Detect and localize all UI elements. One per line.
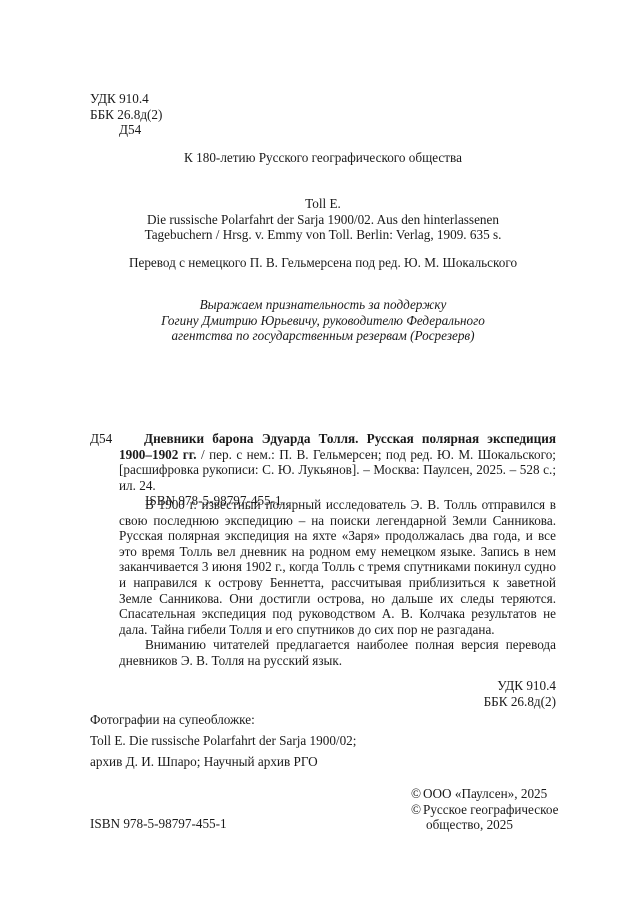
acknowledgement: Выражаем признательность за поддержку Го…: [90, 297, 556, 344]
author-mark: Д54: [90, 122, 162, 138]
udk-code: УДК 910.4: [90, 91, 162, 107]
classification-codes: УДК 910.4 ББК 26.8д(2) Д54: [90, 91, 162, 138]
annotation-paragraph-1: В 1900 г. известный полярный исследовате…: [119, 497, 556, 637]
copyright-icon: ©: [411, 802, 423, 818]
translation-note: Перевод с немецкого П. В. Гельмерсена по…: [90, 255, 556, 271]
original-title-line-1: Die russische Polarfahrt der Sarja 1900/…: [90, 212, 556, 228]
copyright-line-1: ©ООО «Паулсен», 2025: [411, 786, 558, 802]
isbn: ISBN 978-5-98797-455-1: [90, 816, 227, 832]
dedication: К 180-летию Русского географического общ…: [90, 150, 556, 166]
photo-credits-heading: Фотографии на супеобложке:: [90, 709, 356, 730]
copyright-line-2: ©Русское географическое: [411, 802, 558, 818]
copyright-icon: ©: [411, 786, 423, 802]
photo-credits-line-2: архив Д. И. Шпаро; Научный архив РГО: [90, 751, 356, 772]
acknowledgement-line-3: агентства по государственным резервам (Р…: [90, 328, 556, 344]
original-title-line-2: Tagebuchern / Hrsg. v. Emmy von Toll. Be…: [90, 227, 556, 243]
copyright-holder-2-cont: общество, 2025: [411, 817, 558, 833]
classification-codes-right: УДК 910.4 ББК 26.8д(2): [484, 678, 556, 709]
copyright-block: ©ООО «Паулсен», 2025 ©Русское географиче…: [411, 786, 558, 833]
original-author: Toll E.: [90, 196, 556, 212]
acknowledgement-line-2: Гогину Дмитрию Юрьевичу, руководителю Фе…: [90, 313, 556, 329]
bib-author-mark: Д54: [90, 431, 112, 447]
original-edition: Toll E. Die russische Polarfahrt der Sar…: [90, 196, 556, 243]
photo-credits: Фотографии на супеобложке: Toll E. Die r…: [90, 709, 356, 772]
bbk-code-right: ББК 26.8д(2): [484, 694, 556, 710]
annotation: В 1900 г. известный полярный исследовате…: [119, 497, 556, 669]
photo-credits-line-1: Toll E. Die russische Polarfahrt der Sar…: [90, 730, 356, 751]
copyright-holder-2: Русское географическое: [423, 802, 558, 817]
annotation-paragraph-2: Вниманию читателей предлагается наиболее…: [119, 637, 556, 668]
udk-code-right: УДК 910.4: [484, 678, 556, 694]
acknowledgement-line-1: Выражаем признательность за поддержку: [90, 297, 556, 313]
copyright-holder-1: ООО «Паулсен», 2025: [423, 786, 547, 801]
bbk-code: ББК 26.8д(2): [90, 107, 162, 123]
